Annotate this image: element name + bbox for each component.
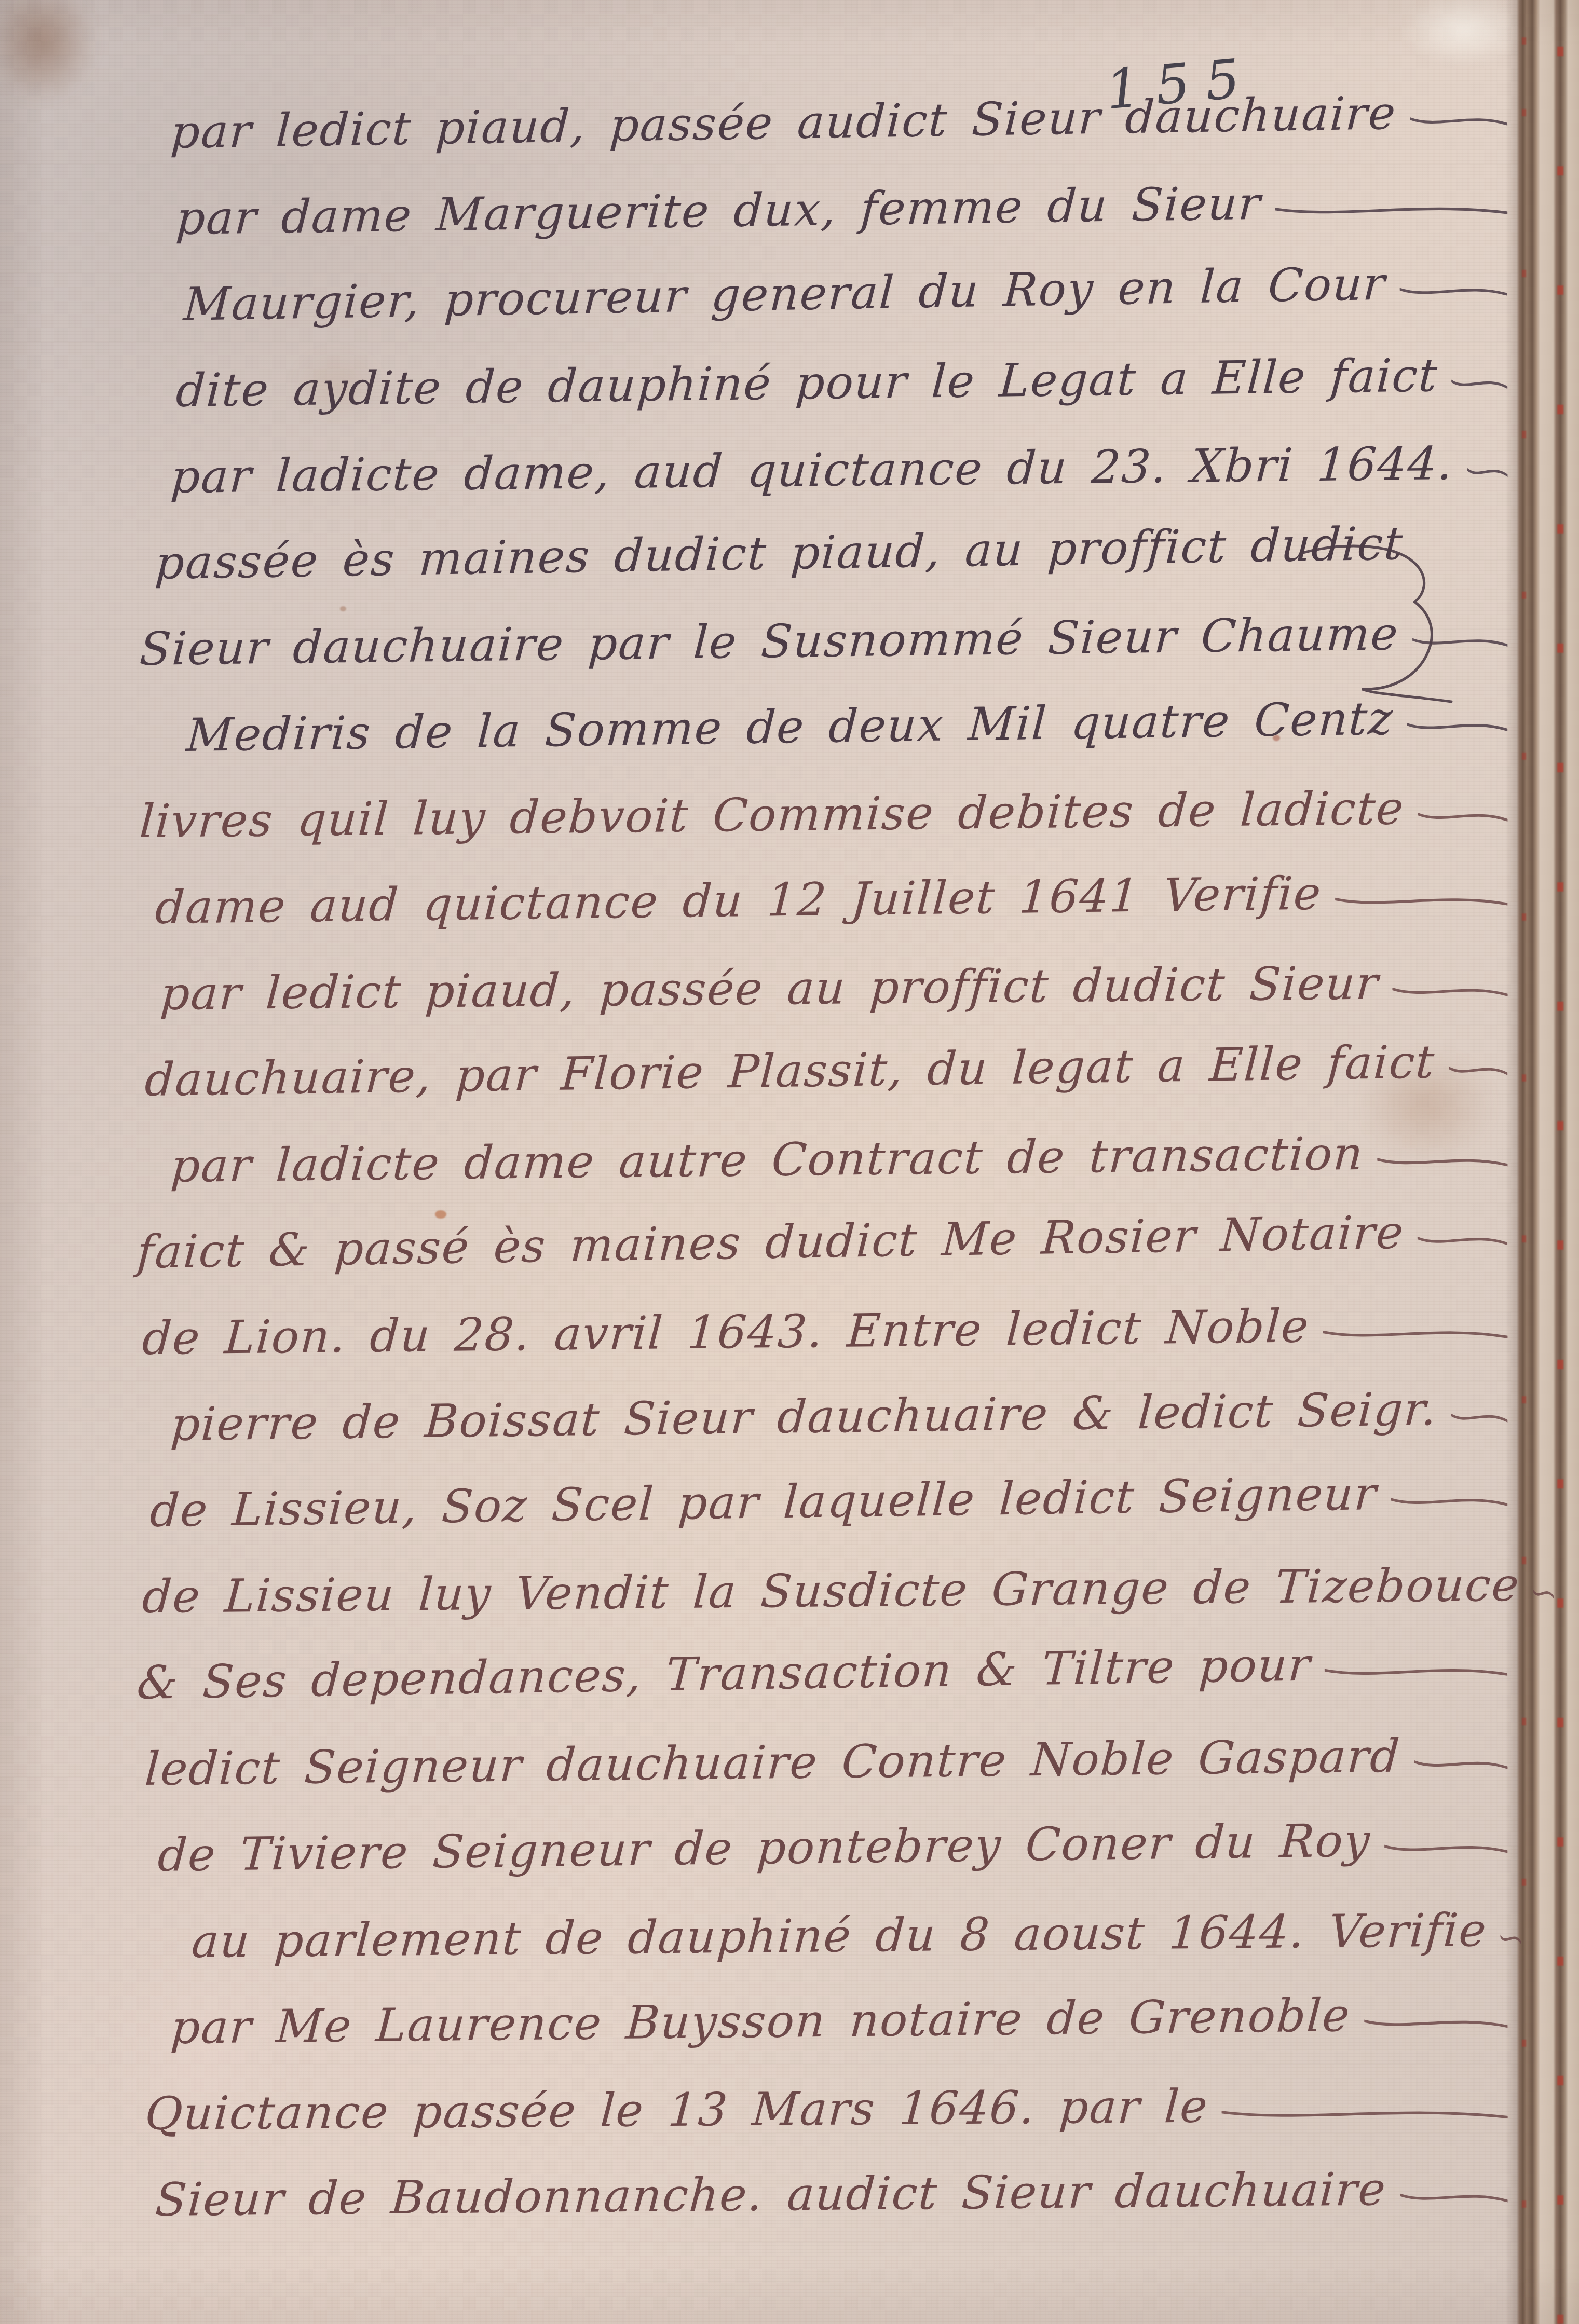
- edge-vignette: [0, 0, 1579, 2324]
